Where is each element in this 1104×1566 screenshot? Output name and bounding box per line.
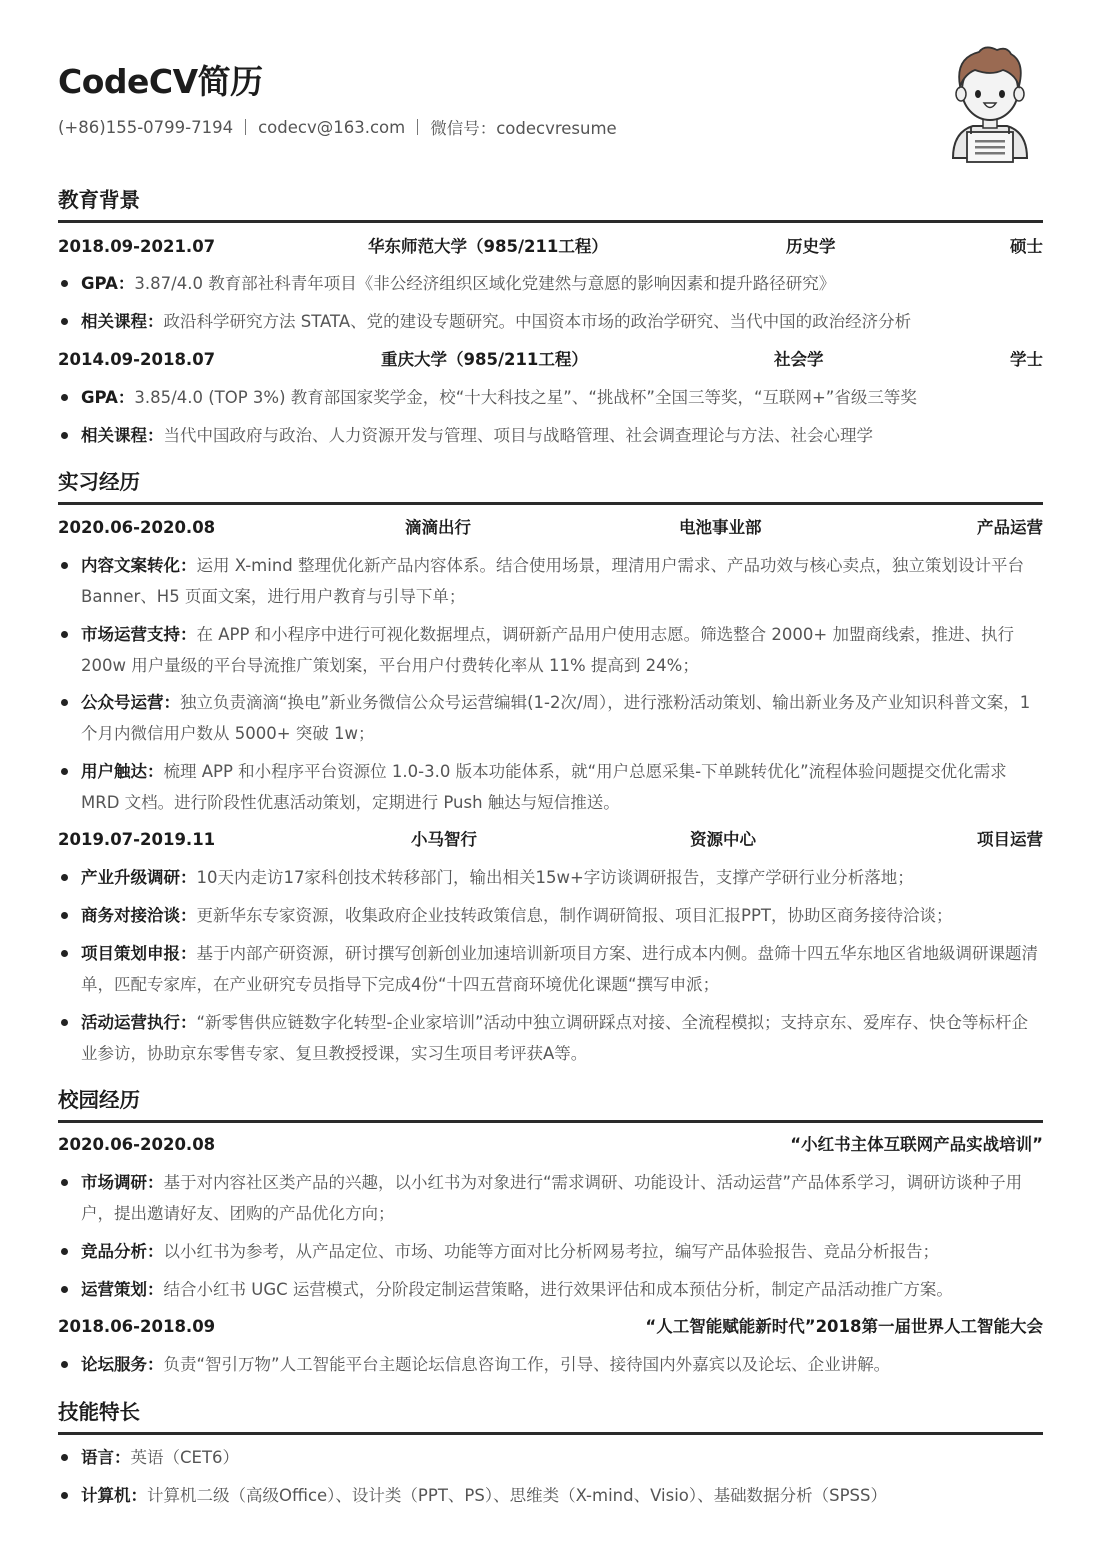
list-item: 语言：英语（CET6）: [58, 1442, 1043, 1473]
list-item: 市场调研：基于对内容社区类产品的兴趣，以小红书为对象进行“需求调研、功能设计、活…: [58, 1167, 1043, 1229]
list-item: 计算机：计算机二级（高级Office）、设计类（PPT、PS）、思维类（X-mi…: [58, 1480, 1043, 1511]
bullet-label: 竞品分析: [81, 1242, 147, 1261]
entry-company: 滴滴出行: [405, 515, 471, 541]
section-skills: 技能特长: [58, 1396, 1043, 1435]
bullet-label: GPA: [81, 274, 118, 293]
section-title: 教育背景: [58, 184, 1043, 216]
section-title: 技能特长: [58, 1396, 1043, 1428]
education-entry-header: 2018.09-2021.07 华东师范大学（985/211工程） 历史学 硕士: [58, 234, 1043, 260]
bullet-dot: [61, 1361, 68, 1368]
bullet-dot: [61, 1286, 68, 1293]
bullet-text: 基于内部产研资源，研讨撰写创新创业加速培训新项目方案、进行成本内侧。盘筛十四五华…: [81, 944, 1038, 994]
bullet-dot: [61, 699, 68, 706]
separator: [417, 119, 418, 135]
list-item: 公众号运营：独立负责滴滴“换电”新业务微信公众号运营编辑(1-2次/周），进行涨…: [58, 687, 1043, 749]
bullet-dot: [61, 432, 68, 439]
section-divider: [58, 1432, 1043, 1435]
bullet-dot: [61, 950, 68, 957]
entry-company: 小马智行: [411, 827, 477, 853]
section-campus: 校园经历: [58, 1084, 1043, 1123]
campus-entry-header: 2018.06-2018.09 “人工智能赋能新时代”2018第一届世界人工智能…: [58, 1314, 1043, 1340]
entry-date: 2018.06-2018.09: [58, 1314, 215, 1340]
bullet-label: 计算机: [81, 1486, 131, 1505]
bullet-text: 在 APP 和小程序中进行可视化数据埋点，调研新产品用户使用志愿。筛选整合 20…: [81, 625, 1014, 675]
list-item: 论坛服务：负责“智引万物”人工智能平台主题论坛信息咨询工作，引导、接待国内外嘉宾…: [58, 1349, 1043, 1380]
bullet-text: 当代中国政府与政治、人力资源开发与管理、项目与战略管理、社会调查理论与方法、社会…: [164, 426, 874, 445]
bullet-text: 更新华东专家资源，收集政府企业技转政策信息，制作调研简报、项目汇报PPT，协助区…: [197, 906, 953, 925]
bullet-text: 以小红书为参考，从产品定位、市场、功能等方面对比分析网易考拉，编写产品体验报告、…: [164, 1242, 940, 1261]
entry-date: 2020.06-2020.08: [58, 1132, 215, 1158]
bullet-label: 市场运营支持: [81, 625, 180, 644]
list-item: 运营策划：结合小红书 UGC 运营模式，分阶段定制运营策略，进行效果评估和成本预…: [58, 1274, 1043, 1305]
bullet-text: 独立负责滴滴“换电”新业务微信公众号运营编辑(1-2次/周），进行涨粉活动策划、…: [81, 693, 1030, 743]
list-item: 竞品分析：以小红书为参考，从产品定位、市场、功能等方面对比分析网易考拉，编写产品…: [58, 1236, 1043, 1267]
entry-date: 2018.09-2021.07: [58, 234, 215, 260]
entry-major: 历史学: [786, 234, 836, 260]
bullet-label: 语言: [81, 1448, 114, 1467]
entry-department: 电池事业部: [679, 515, 762, 541]
phone: (+86)155-0799-7194: [58, 118, 233, 137]
bullet-text: 英语（CET6）: [131, 1448, 240, 1467]
bullet-label: 项目策划申报: [81, 944, 180, 963]
bullet-dot: [61, 1454, 68, 1461]
bullet-dot: [61, 768, 68, 775]
bullet-label: 论坛服务: [81, 1355, 147, 1374]
bullet-text: 负责“智引万物”人工智能平台主题论坛信息咨询工作，引导、接待国内外嘉宾以及论坛、…: [164, 1355, 891, 1374]
entry-school: 华东师范大学（985/211工程）: [368, 234, 608, 260]
entry-date: 2020.06-2020.08: [58, 515, 215, 541]
entry-degree: 硕士: [1010, 234, 1043, 260]
cartoon-boy-avatar-icon: [945, 40, 1035, 165]
entry-date: 2019.07-2019.11: [58, 827, 215, 853]
contact-info: (+86)155-0799-7194 codecv@163.com 微信号：co…: [58, 115, 617, 139]
bullet-dot: [61, 1179, 68, 1186]
list-item: 活动运营执行：“新零售供应链数字化转型-企业家培训”活动中独立调研踩点对接、全流…: [58, 1007, 1043, 1069]
bullet-label: 公众号运营: [81, 693, 164, 712]
wechat: 微信号：codecvresume: [430, 115, 616, 139]
bullet-label: 用户触达: [81, 762, 147, 781]
bullet-dot: [61, 562, 68, 569]
bullet-text: 运用 X-mind 整理优化新产品内容体系。结合使用场景，理清用户需求、产品功效…: [81, 556, 1024, 606]
bullet-dot: [61, 631, 68, 638]
bullet-dot: [61, 1492, 68, 1499]
separator: [245, 119, 246, 135]
candidate-name: CodeCV简历: [58, 56, 263, 103]
bullet-dot: [61, 280, 68, 287]
entry-date: 2014.09-2018.07: [58, 347, 215, 373]
list-item: 商务对接洽谈：更新华东专家资源，收集政府企业技转政策信息，制作调研简报、项目汇报…: [58, 900, 1043, 931]
entry-school: 重庆大学（985/211工程）: [381, 347, 588, 373]
list-item: 用户触达：梳理 APP 和小程序平台资源位 1.0-3.0 版本功能体系，就“用…: [58, 756, 1043, 818]
section-title: 校园经历: [58, 1084, 1043, 1116]
section-divider: [58, 1120, 1043, 1123]
entry-degree: 学士: [1010, 347, 1043, 373]
bullet-label: 相关课程: [81, 426, 147, 445]
bullet-text: 结合小红书 UGC 运营模式，分阶段定制运营策略，进行效果评估和成本预估分析，制…: [164, 1280, 953, 1299]
bullet-label: 内容文案转化: [81, 556, 180, 575]
list-item: 相关课程：当代中国政府与政治、人力资源开发与管理、项目与战略管理、社会调查理论与…: [58, 420, 1043, 451]
bullet-label: 运营策划: [81, 1280, 147, 1299]
entry-department: 资源中心: [690, 827, 756, 853]
entry-role: 产品运营: [977, 515, 1043, 541]
bullet-text: 基于对内容社区类产品的兴趣，以小红书为对象进行“需求调研、功能设计、活动运营”产…: [81, 1173, 1022, 1223]
bullet-text: 10天内走访17家科创技术转移部门，输出相关15w+字访谈调研报告，支撑产学研行…: [197, 868, 914, 887]
bullet-label: 商务对接洽谈: [81, 906, 180, 925]
bullet-dot: [61, 394, 68, 401]
bullet-label: 产业升级调研: [81, 868, 180, 887]
list-item: GPA：3.87/4.0 教育部社科青年项目《非公经济组织区域化党建然与意愿的影…: [58, 268, 1043, 299]
section-divider: [58, 220, 1043, 223]
bullet-text: 梳理 APP 和小程序平台资源位 1.0-3.0 版本功能体系，就“用户总愿采集…: [81, 762, 1007, 812]
bullet-label: 活动运营执行: [81, 1013, 180, 1032]
bullet-text: 政沿科学研究方法 STATA、党的建设专题研究。中国资本市场的政治学研究、当代中…: [164, 312, 912, 331]
bullet-text: 3.87/4.0 教育部社科青年项目《非公经济组织区域化党建然与意愿的影响因素和…: [134, 274, 835, 293]
bullet-label: GPA: [81, 388, 118, 407]
internship-entry-header: 2019.07-2019.11 小马智行 资源中心 项目运营: [58, 827, 1043, 853]
entry-event: “人工智能赋能新时代”2018第一届世界人工智能大会: [645, 1314, 1043, 1340]
bullet-dot: [61, 912, 68, 919]
list-item: 产业升级调研：10天内走访17家科创技术转移部门，输出相关15w+字访谈调研报告…: [58, 862, 1043, 893]
internship-entry-header: 2020.06-2020.08 滴滴出行 电池事业部 产品运营: [58, 515, 1043, 541]
list-item: 市场运营支持：在 APP 和小程序中进行可视化数据埋点，调研新产品用户使用志愿。…: [58, 619, 1043, 681]
list-item: GPA：3.85/4.0 (TOP 3%) 教育部国家奖学金，校“十大科技之星”…: [58, 382, 1043, 413]
list-item: 项目策划申报：基于内部产研资源，研讨撰写创新创业加速培训新项目方案、进行成本内侧…: [58, 938, 1043, 1000]
bullet-dot: [61, 318, 68, 325]
section-education: 教育背景: [58, 184, 1043, 223]
entry-event: “小红书主体互联网产品实战培训”: [790, 1132, 1043, 1158]
list-item: 相关课程：政沿科学研究方法 STATA、党的建设专题研究。中国资本市场的政治学研…: [58, 306, 1043, 337]
section-internship: 实习经历: [58, 466, 1043, 505]
section-divider: [58, 502, 1043, 505]
entry-role: 项目运营: [977, 827, 1043, 853]
bullet-dot: [61, 1019, 68, 1026]
entry-major: 社会学: [774, 347, 824, 373]
bullet-dot: [61, 1248, 68, 1255]
bullet-text: 计算机二级（高级Office）、设计类（PPT、PS）、思维类（X-mind、V…: [147, 1486, 887, 1505]
bullet-label: 相关课程: [81, 312, 147, 331]
bullet-dot: [61, 874, 68, 881]
bullet-text: “新零售供应链数字化转型-企业家培训”活动中独立调研踩点对接、全流程模拟；支持京…: [81, 1013, 1028, 1063]
campus-entry-header: 2020.06-2020.08 “小红书主体互联网产品实战培训”: [58, 1132, 1043, 1158]
bullet-text: 3.85/4.0 (TOP 3%) 教育部国家奖学金，校“十大科技之星”、“挑战…: [134, 388, 916, 407]
bullet-label: 市场调研: [81, 1173, 147, 1192]
section-title: 实习经历: [58, 466, 1043, 498]
education-entry-header: 2014.09-2018.07 重庆大学（985/211工程） 社会学 学士: [58, 347, 1043, 373]
email: codecv@163.com: [258, 118, 405, 137]
list-item: 内容文案转化：运用 X-mind 整理优化新产品内容体系。结合使用场景，理清用户…: [58, 550, 1043, 612]
